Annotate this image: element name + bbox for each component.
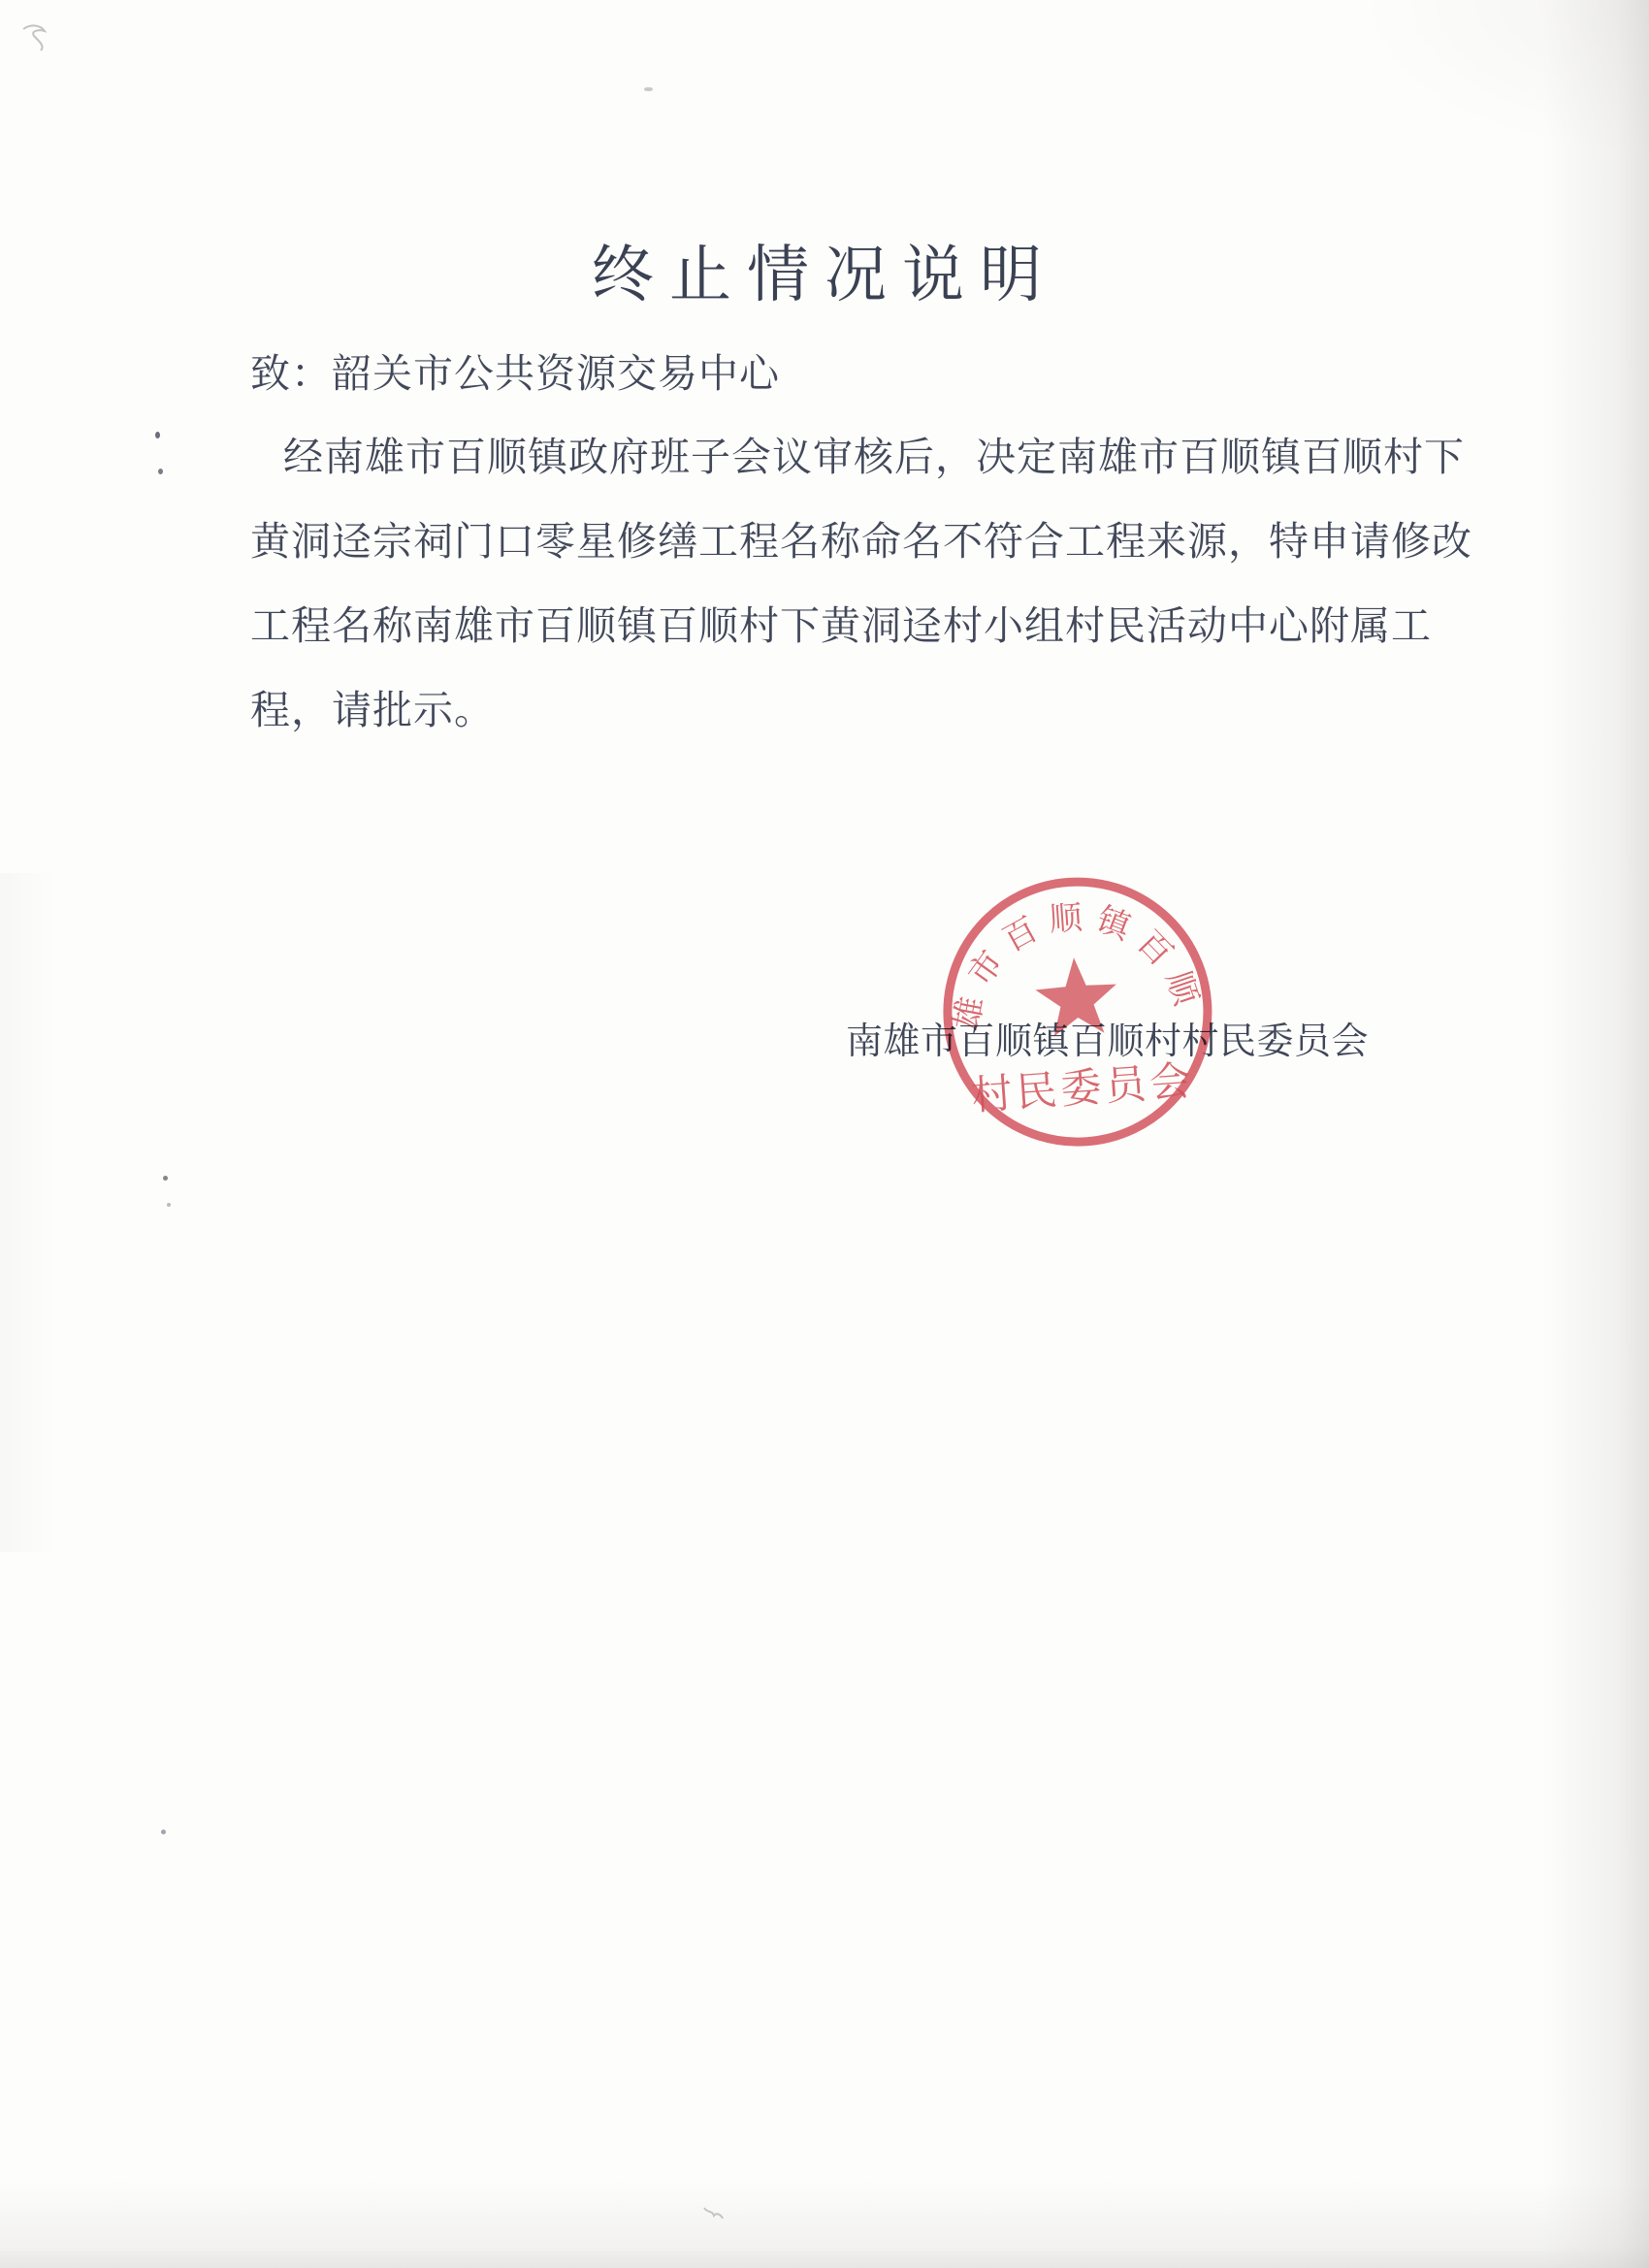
official-seal-stamp: 南雄市百顺镇百顺村 村民委员会 xyxy=(927,861,1230,1164)
scan-speck xyxy=(155,432,160,438)
scan-shadow-top-right xyxy=(1358,0,1649,155)
scan-speck xyxy=(161,1830,166,1834)
body-line: 黄洞迳宗祠门口零星修缮工程名称命名不符合工程来源，特申请修改 xyxy=(250,509,1463,567)
body-line: 经南雄市百顺镇政府班子会议审核后，决定南雄市百顺镇百顺村下 xyxy=(283,425,1496,482)
document-title: 终止情况说明 xyxy=(0,225,1649,314)
scan-speck xyxy=(163,1176,168,1181)
scan-shadow-bottom xyxy=(0,2181,1649,2268)
scan-speck xyxy=(644,87,653,91)
scanned-document-page: 终止情况说明 致：韶关市公共资源交易中心 经南雄市百顺镇政府班子会议审核后，决定… xyxy=(0,0,1649,2268)
star-icon xyxy=(1033,955,1119,1037)
scan-shadow-left xyxy=(0,873,58,1552)
scan-speck xyxy=(158,469,163,474)
body-line: 工程名称南雄市百顺镇百顺村下黄洞迳村小组村民活动中心附属工 xyxy=(250,594,1463,651)
scan-speck xyxy=(167,1203,171,1207)
scan-smudge xyxy=(700,2204,726,2221)
body-line: 程，请批示。 xyxy=(250,678,1463,735)
recipient-line: 致：韶关市公共资源交易中心 xyxy=(250,341,1463,399)
scan-shadow-right xyxy=(1542,0,1649,2268)
pencil-mark xyxy=(21,21,66,56)
